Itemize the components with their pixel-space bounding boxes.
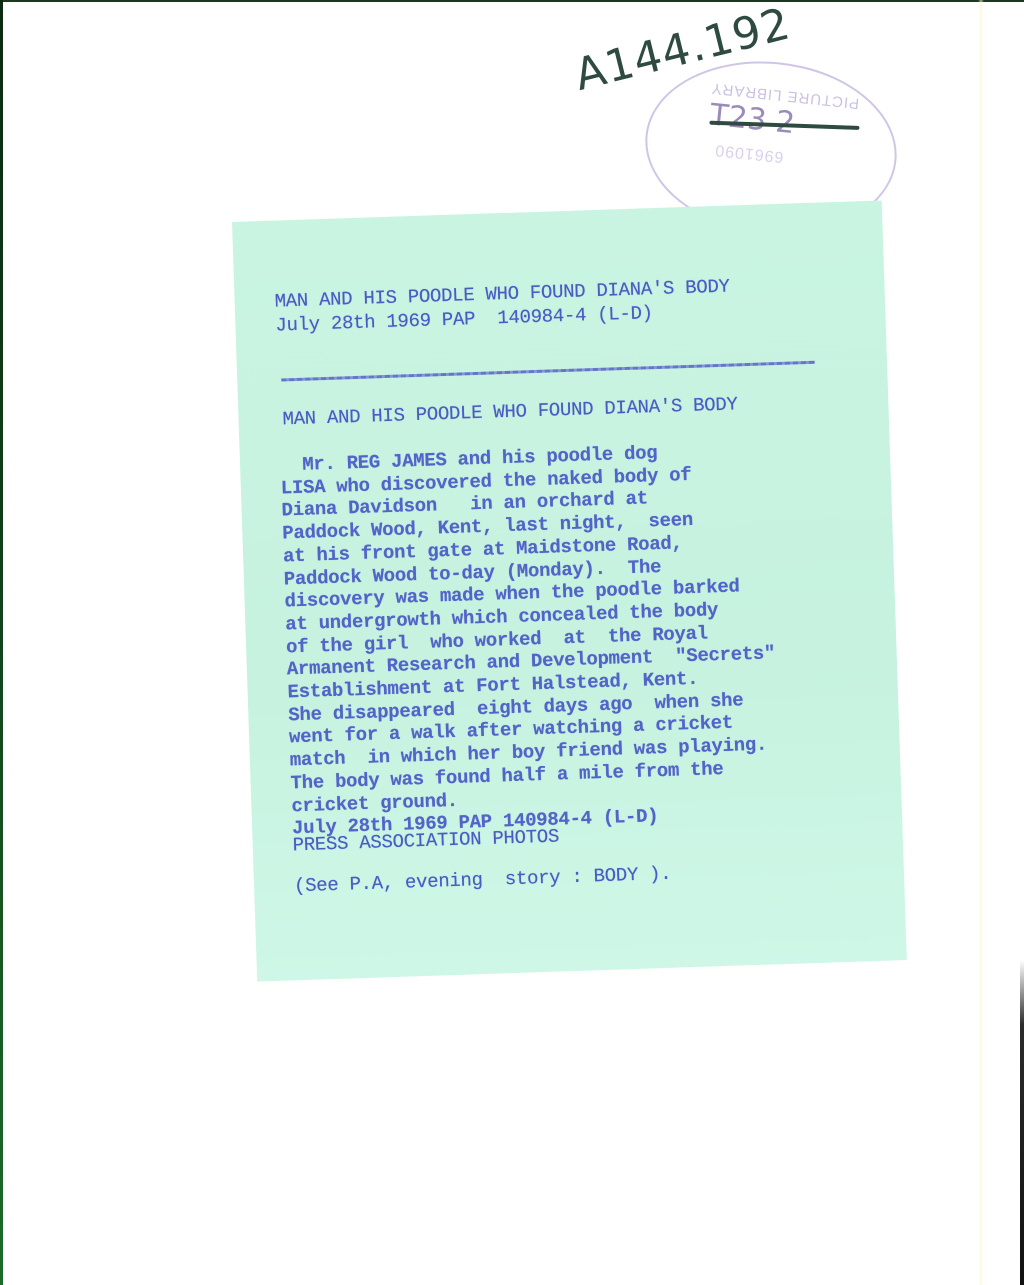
stamp-text-middle: 6961090 (714, 140, 785, 165)
stamp-handwritten-code: T23 2 (708, 98, 796, 142)
paper-fold-line (978, 0, 984, 1285)
caption-slip: MAN AND HIS POODLE WHO FOUND DIANA'S BOD… (232, 200, 907, 981)
scan-edge-right (1020, 960, 1024, 1285)
caption-body: Mr. REG JAMES and his poodle dogLISA who… (280, 438, 781, 840)
scan-edge-top (0, 0, 1024, 2)
typed-divider-line (281, 361, 815, 382)
body-title: MAN AND HIS POODLE WHO FOUND DIANA'S BOD… (282, 393, 738, 430)
scan-edge-left (0, 0, 3, 1285)
see-also-note: (See P.A, evening story : BODY ). (294, 863, 672, 898)
